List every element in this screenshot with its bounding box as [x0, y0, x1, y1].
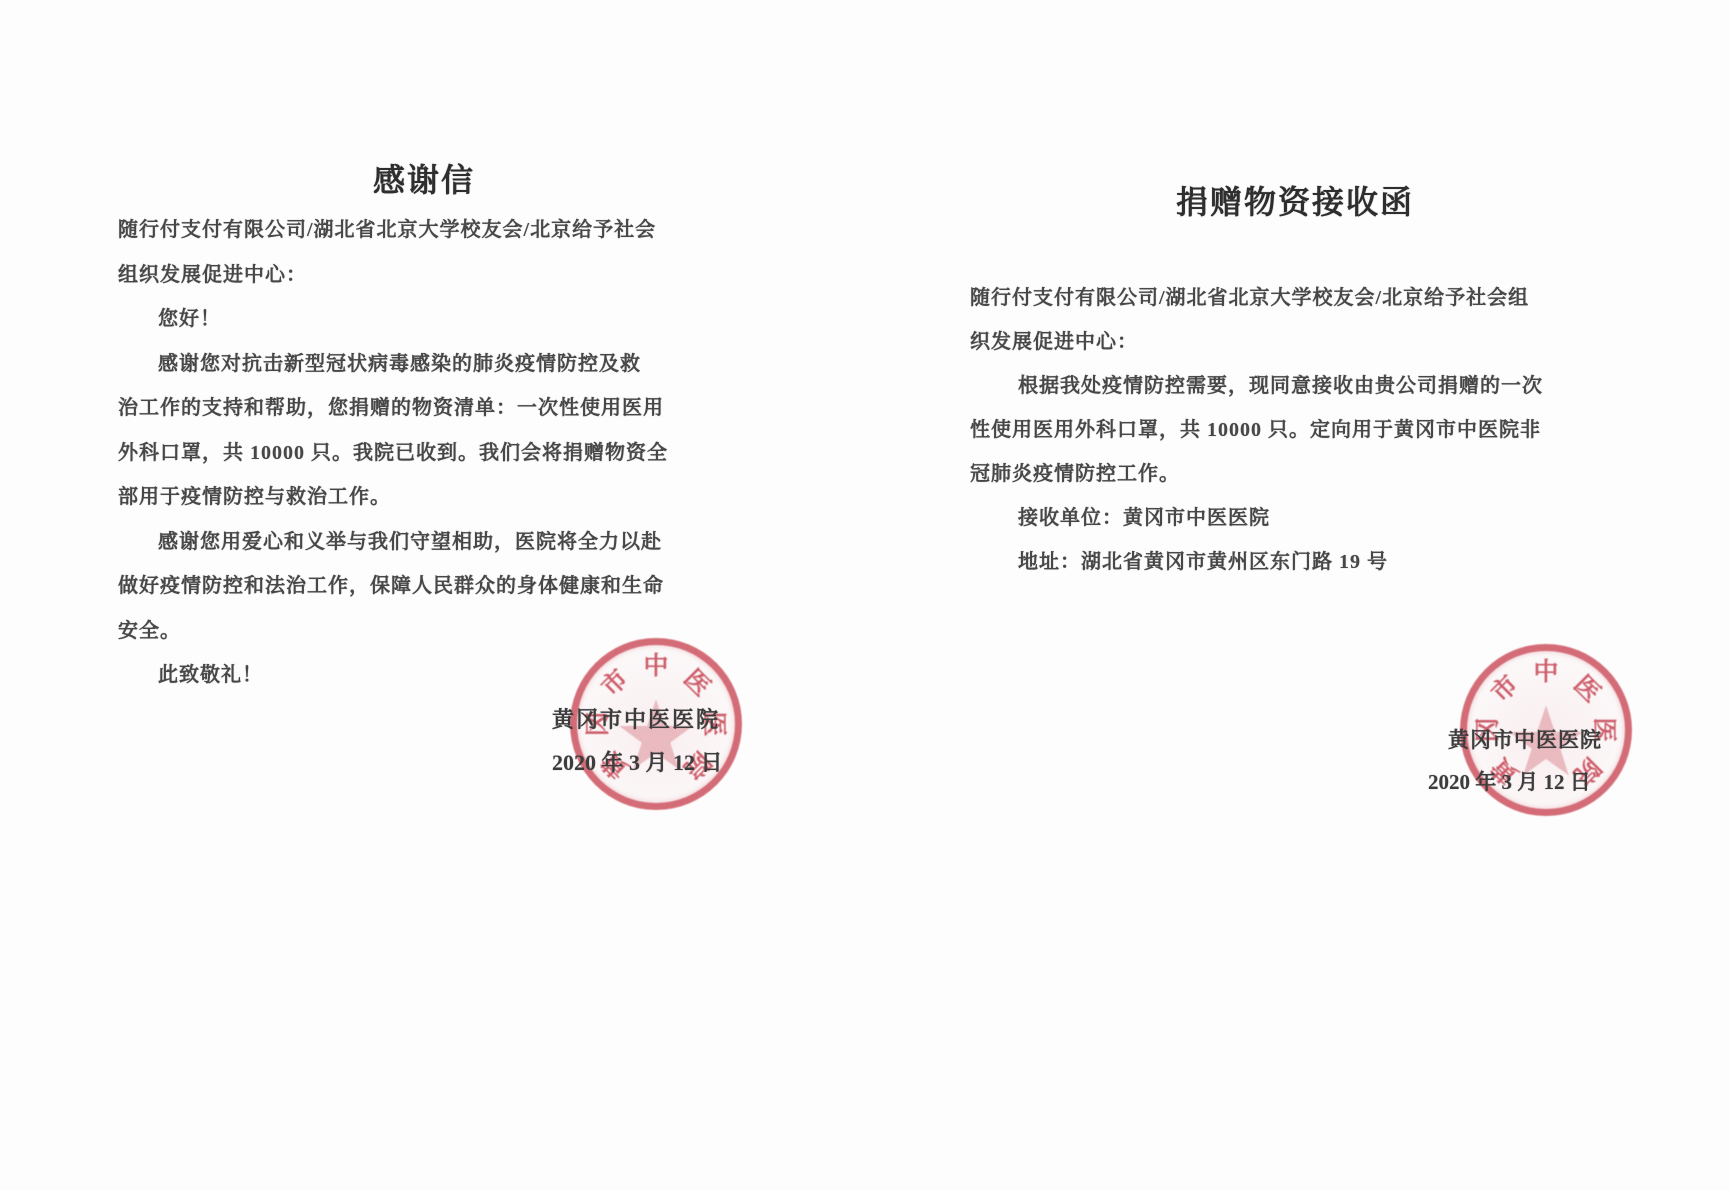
letter-line: 冠肺炎疫情防控工作。 — [970, 452, 1590, 496]
letter-line: 治工作的支持和帮助，您捐赠的物资清单：一次性使用医用 — [118, 386, 718, 431]
letter-line: 接收单位：黄冈市中医医院 — [970, 496, 1590, 540]
letter-line: 地址：湖北省黄冈市黄州区东门路 19 号 — [970, 540, 1590, 584]
letter-line: 随行付支付有限公司/湖北省北京大学校友会/北京给予社会 — [118, 208, 718, 253]
signature-date: 2020 年 3 月 12 日 — [552, 746, 723, 777]
donation-receipt-body: 随行付支付有限公司/湖北省北京大学校友会/北京给予社会组 织发展促进中心： 根据… — [970, 276, 1590, 584]
letter-line: 感谢您对抗击新型冠状病毒感染的肺炎疫情防控及救 — [118, 342, 718, 387]
letter-line: 外科口罩，共 10000 只。我院已收到。我们会将捐赠物资全 — [118, 431, 718, 476]
thank-you-letter-title: 感谢信 — [373, 155, 475, 201]
letter-line: 织发展促进中心： — [970, 320, 1590, 364]
letter-line: 您好！ — [118, 297, 718, 342]
signature-organization: 黄冈市中医医院 — [552, 703, 720, 734]
scanned-letters-page: 感谢信 随行付支付有限公司/湖北省北京大学校友会/北京给予社会 组织发展促进中心… — [0, 0, 1730, 1190]
letter-line: 组织发展促进中心： — [118, 253, 718, 298]
letter-line: 感谢您用爱心和义举与我们守望相助，医院将全力以赴 — [118, 520, 718, 565]
signature-organization: 黄冈市中医医院 — [1448, 724, 1602, 754]
signature-date: 2020 年 3 月 12 日 — [1428, 766, 1591, 796]
letter-line: 部用于疫情防控与救治工作。 — [118, 475, 718, 520]
letter-line: 性使用医用外科口罩，共 10000 只。定向用于黄冈市中医院非 — [970, 408, 1590, 452]
letter-line: 根据我处疫情防控需要，现同意接收由贵公司捐赠的一次 — [970, 364, 1590, 408]
donation-receipt-title: 捐赠物资接收函 — [1176, 177, 1414, 223]
thank-you-letter-body: 随行付支付有限公司/湖北省北京大学校友会/北京给予社会 组织发展促进中心： 您好… — [118, 208, 718, 698]
letter-line: 随行付支付有限公司/湖北省北京大学校友会/北京给予社会组 — [970, 276, 1590, 320]
letter-line: 做好疫情防控和法治工作，保障人民群众的身体健康和生命 — [118, 564, 718, 609]
